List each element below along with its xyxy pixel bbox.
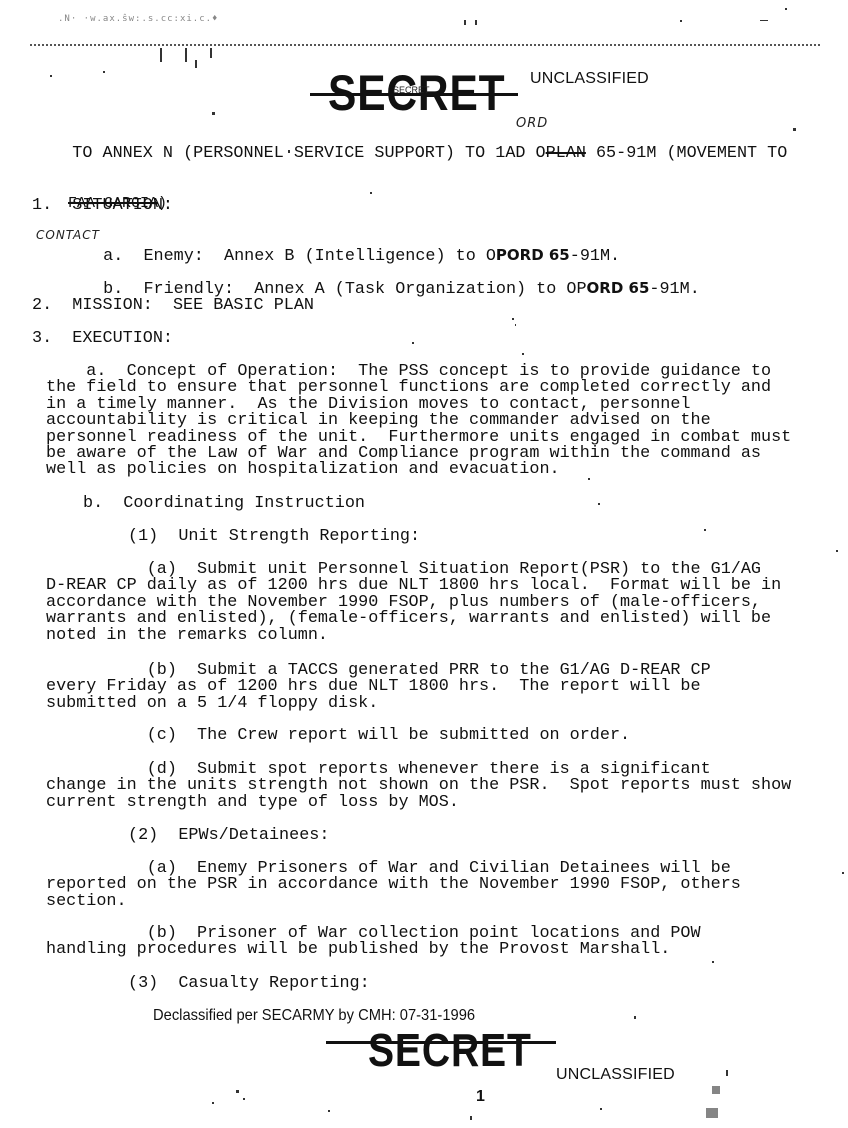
- declassification-note: Declassified per SECARMY by CMH: 07-31-1…: [153, 1007, 475, 1025]
- item-2a: (a) Enemy Prisoners of War and Civilian …: [46, 861, 741, 910]
- coordinating-instruction-heading: b. Coordinating Instruction: [83, 496, 365, 512]
- secret-strikethrough-bottom: [326, 1041, 556, 1044]
- unclassified-marking-top: UNCLASSIFIED: [530, 70, 649, 88]
- situation-enemy: a. Enemy: Annex B (Intelligence) to OPOR…: [83, 231, 620, 266]
- section-situation-heading: 1. SITUATION:: [32, 198, 173, 214]
- epw-detainees-heading: (2) EPWs/Detainees:: [128, 828, 329, 844]
- scan-noise-text: .N· ·w.ax.ŝw:.s.cc:xi.c.♦: [58, 14, 218, 24]
- item-1b: (b) Submit a TACCS generated PRR to the …: [46, 663, 711, 712]
- item-1c: (c) The Crew report will be submitted on…: [46, 728, 630, 744]
- title-line-1: TO ANNEX N (PERSONNEL SERVICE SUPPORT) T…: [32, 130, 832, 179]
- title-struck-plan: PLAN: [546, 144, 586, 163]
- item-1d: (d) Submit spot reports whenever there i…: [46, 762, 791, 811]
- handwritten-opord-enemy: PORD 65: [496, 246, 570, 264]
- handwritten-opord-friendly: ORD 65: [587, 279, 650, 297]
- title-prefix: TO ANNEX N (PERSONNEL SERVICE SUPPORT) T…: [72, 144, 545, 163]
- situation-friendly: b. Friendly: Annex A (Task Organization)…: [83, 264, 700, 299]
- item-1a: (a) Submit unit Personnel Situation Repo…: [46, 562, 781, 644]
- item-2b: (b) Prisoner of War collection point loc…: [46, 926, 701, 959]
- classification-header: SECRET SECRET UNCLASSIFIED: [0, 60, 848, 120]
- title-suffix: 65-91M (MOVEMENT TO: [586, 144, 787, 163]
- secret-strikethrough-top: [310, 93, 518, 96]
- scan-noise-bottom: [0, 1080, 848, 1128]
- section-mission-heading: 2. MISSION: SEE BASIC PLAN: [32, 298, 314, 314]
- section-execution-heading: 3. EXECUTION:: [32, 331, 173, 347]
- document-title: ORD TO ANNEX N (PERSONNEL SERVICE SUPPOR…: [32, 130, 832, 242]
- concept-of-operation: a. Concept of Operation: The PSS concept…: [46, 364, 791, 479]
- unit-strength-heading: (1) Unit Strength Reporting:: [128, 529, 420, 545]
- secret-stamp-bottom: SECRET: [368, 1025, 532, 1075]
- handwritten-ord: ORD: [516, 116, 548, 131]
- casualty-reporting-heading: (3) Casualty Reporting:: [128, 976, 370, 992]
- scan-dotted-rule: [30, 44, 820, 46]
